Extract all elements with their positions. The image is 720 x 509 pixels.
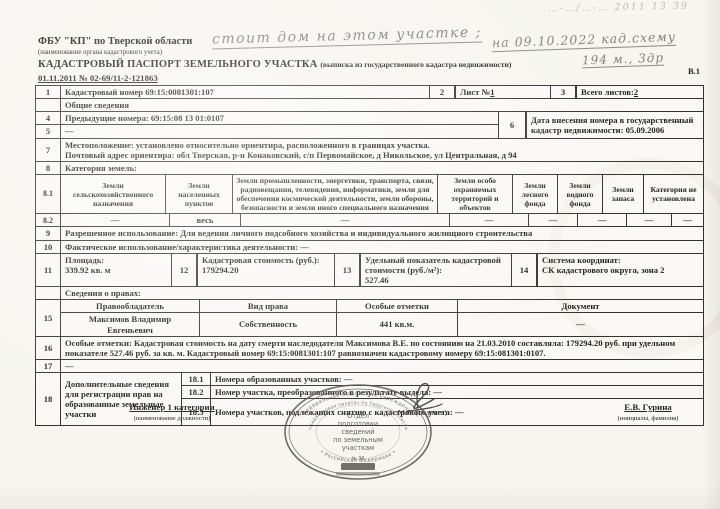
permitted-use-text: Разрешенное использование: Для ведения л… — [61, 227, 703, 239]
stamp-center-line1: Отдел — [347, 412, 369, 420]
specific-cost-label: Удельный показатель кадастровой стоимост… — [365, 255, 507, 275]
cadastral-cost-value: 179294.20 — [202, 265, 330, 275]
scanned-cadastral-passport-page: { "header": { "org": "ФБУ \"КП\" по Твер… — [0, 0, 720, 509]
category-value: — — [449, 214, 528, 226]
stamp-graphic: Федеральное бюджетное учреждение * Росси… — [278, 380, 438, 488]
category-agricultural: Земли сельскохозяйственного назначения — [61, 175, 165, 213]
land-category-title: Категория земель: — [61, 162, 703, 174]
handwritten-note-line1: стоит дом на этом участке ; — [212, 24, 482, 49]
row-number: 17 — [36, 360, 61, 372]
issuing-authority: ФБУ "КП" по Тверской области — [38, 36, 192, 47]
row-permitted-use: 9 Разрешенное использование: Для ведения… — [36, 226, 703, 239]
stamp-center-line3: сведений — [341, 428, 374, 436]
stamp-smudge-2 — [336, 472, 380, 476]
signer-position-caption: (наименование должности) — [92, 415, 252, 422]
document-title: КАДАСТРОВЫЙ ПАСПОРТ ЗЕМЕЛЬНОГО УЧАСТКА (… — [38, 59, 511, 70]
specific-cost-cell: Удельный показатель кадастровой стоимост… — [360, 254, 511, 286]
category-reserve: Земли запаса — [602, 175, 643, 213]
area-value: 339.92 кв. м — [65, 265, 167, 275]
row-general-info-title: Общие сведения — [36, 98, 703, 111]
row-previous-numbers: 4 Предыдущие номера: 69:15:08 13 01:0107… — [36, 111, 703, 137]
category-settlements: Земли населенных пунктов — [165, 175, 232, 213]
handwritten-note-line2: на 09.10.2022 кад.схему — [492, 29, 677, 52]
row-number: 18 — [36, 373, 61, 425]
row-rights: 15 Правообладатель Вид права Особые отме… — [36, 299, 703, 335]
row-location: 7 Местоположение: установлено относитель… — [36, 138, 703, 161]
handwritten-note-line3: 194 м., 3др — [582, 51, 665, 69]
coordinate-system-label: Система координат: — [542, 255, 699, 265]
sheet-label: Лист № — [460, 87, 490, 97]
signer-position: Инженер 1 категории — [92, 402, 252, 412]
category-value: — — [528, 214, 577, 226]
coordinate-system-cell: Система координат: СК кадастрового округ… — [537, 254, 703, 286]
rights-holder: Максимов Владимир Евгеньевич — [61, 313, 199, 335]
area-label: Площадь: — [65, 255, 167, 265]
row-number: 12 — [171, 254, 197, 286]
category-value-settlements: весь — [169, 214, 240, 226]
row-land-category-options: 8.1 Земли сельскохозяйственного назначен… — [36, 174, 703, 213]
signer-name: Е.В. Гурина — [588, 402, 708, 412]
category-protected: Земли особо охраняемых территорий и объе… — [437, 175, 512, 213]
rights-header-holder: Правообладатель — [61, 300, 199, 312]
row-number: 11 — [36, 254, 61, 286]
row-number: 15 — [36, 300, 61, 335]
row-number: 7 — [36, 139, 61, 161]
row-number: 18.1 — [182, 373, 211, 385]
cadastral-number-value: Кадастровый номер 69:15:0081301:107 — [61, 86, 429, 98]
sheet-value: 1 — [490, 87, 494, 97]
form-mark: В.1 — [688, 66, 700, 76]
stamp-center-line2: подготовки — [338, 420, 378, 428]
row-number: 13 — [334, 254, 360, 286]
location-line1: Местоположение: установлено относительно… — [65, 140, 699, 150]
rights-header-document: Документ — [457, 300, 703, 312]
cadastral-cost-label: Кадастровая стоимость (руб.): — [202, 255, 330, 265]
row-4: 4 Предыдущие номера: 69:15:08 13 01:0107 — [36, 112, 498, 124]
row-number: 5 — [36, 125, 61, 137]
document-title-text: КАДАСТРОВЫЙ ПАСПОРТ ЗЕМЕЛЬНОГО УЧАСТКА — [38, 59, 318, 70]
category-value: — — [61, 214, 169, 226]
total-sheets: Всего листов: 2 — [576, 86, 703, 98]
category-value: — — [240, 214, 449, 226]
location-text: Местоположение: установлено относительно… — [61, 139, 703, 161]
special-notes-text: Особые отметки: Кадастровая стоимость на… — [61, 337, 703, 359]
row-17: 17 — — [36, 359, 703, 372]
row-number: 6 — [498, 112, 526, 137]
row-5: 5 — — [36, 124, 498, 137]
row-number: 1 — [36, 86, 61, 98]
stamp-center-line4: по земельным — [333, 436, 383, 444]
row-area-cost: 11 Площадь: 339.92 кв. м 12 Кадастровая … — [36, 253, 703, 286]
category-value: — — [626, 214, 671, 226]
row-number: 16 — [36, 337, 61, 359]
total-sheets-value: 2 — [634, 87, 638, 97]
official-stamp: Федеральное бюджетное учреждение * Росси… — [278, 380, 438, 488]
row-land-category-title: 8 Категория земель: — [36, 161, 703, 174]
category-forest: Земли лесного фонда — [512, 175, 557, 213]
row-cadastral-number: 1 Кадастровый номер 69:15:0081301:107 2 … — [36, 86, 703, 98]
location-line2: Почтовый адрес ориентира: обл Тверская, … — [65, 150, 699, 160]
row-number: 18.2 — [182, 386, 211, 398]
row-number: 8.2 — [36, 214, 61, 226]
document-number: 01.11.2011 № 02-69/11-2-121863 — [38, 73, 158, 83]
row-17-value: — — [61, 360, 703, 372]
stamp-smudge — [341, 463, 375, 470]
row-number: 14 — [511, 254, 537, 286]
row-5-value: — — [61, 125, 498, 137]
specific-cost-value: 527.46 — [365, 275, 507, 285]
rights-header-notes: Особые отметки — [336, 300, 457, 312]
issuing-authority-caption: (наименование органа кадастрового учета) — [38, 49, 162, 56]
cadastral-passport-table: 1 Кадастровый номер 69:15:0081301:107 2 … — [35, 85, 704, 426]
cadastral-cost-cell: Кадастровая стоимость (руб.): 179294.20 — [197, 254, 334, 286]
category-value: — — [577, 214, 626, 226]
stamp-number: № 36 — [351, 456, 364, 462]
row-number-empty — [36, 287, 61, 299]
category-industrial: Земли промышленности, энергетики, трансп… — [232, 175, 437, 213]
rights-header-row: Правообладатель Вид права Особые отметки… — [61, 300, 703, 312]
row-number: 8.1 — [36, 175, 61, 213]
stamp-center-line5: участкам — [342, 444, 374, 452]
row-rights-title: Сведения о правах: — [36, 286, 703, 299]
row-number: 10 — [36, 241, 61, 253]
row-actual-use: 10 Фактическое использование/характерист… — [36, 240, 703, 253]
coordinate-system-value: СК кадастрового округа, зона 2 — [542, 265, 699, 275]
registry-entry-date: Дата внесения номера в государственный к… — [526, 112, 703, 137]
handwritten-corner-note: …-…/…-… 2011 13 39 — [548, 1, 689, 14]
row-number: 4 — [36, 112, 61, 124]
general-info-title: Общие сведения — [61, 99, 703, 111]
previous-numbers: Предыдущие номера: 69:15:08 13 01:0107 — [61, 112, 498, 124]
row-land-category-values: 8.2 — весь — — — — — — — [36, 213, 703, 226]
category-value: — — [671, 214, 703, 226]
rights-type: Собственность — [199, 313, 336, 335]
row-special-notes: 16 Особые отметки: Кадастровая стоимость… — [36, 336, 703, 359]
sheet-number: Лист № 1 — [455, 86, 550, 98]
category-not-set: Категория не установлена — [643, 175, 703, 213]
category-water: Земли водного фонда — [557, 175, 602, 213]
row-number: 3 — [550, 86, 576, 98]
document-title-note: (выписка из государственного кадастра не… — [320, 60, 511, 69]
area-cell: Площадь: 339.92 кв. м — [61, 254, 171, 286]
rights-header-type: Вид права — [199, 300, 336, 312]
total-sheets-label: Всего листов: — [581, 87, 634, 97]
row-number-empty — [36, 99, 61, 111]
rights-title: Сведения о правах: — [61, 287, 703, 299]
actual-use-text: Фактическое использование/характеристика… — [61, 241, 703, 253]
rights-document: — — [457, 313, 703, 335]
row-number: 8 — [36, 162, 61, 174]
row-number: 2 — [429, 86, 455, 98]
rights-notes: 441 кв.м. — [336, 313, 457, 335]
row-number: 9 — [36, 227, 61, 239]
rights-value-row: Максимов Владимир Евгеньевич Собственнос… — [61, 312, 703, 335]
signer-name-caption: (инициалы, фамилия) — [588, 415, 708, 422]
